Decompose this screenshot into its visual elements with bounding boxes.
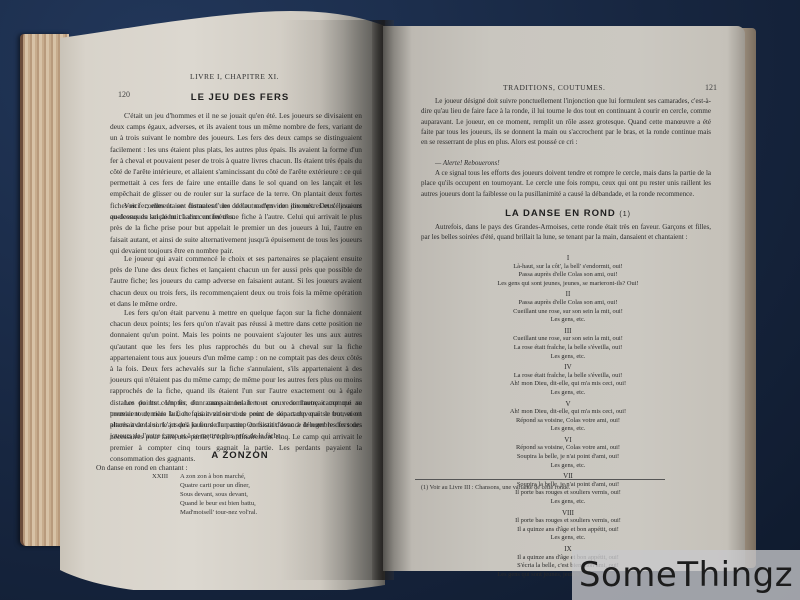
verse-refrain: Les gens, etc. [443, 353, 693, 362]
verse-refrain: Les gens, etc. [443, 462, 693, 471]
verse-line: Passa auprès d'elle Colas son ami, oui! [443, 299, 693, 308]
verse-line: Là-haut, sur la côt', la bell' s'endormi… [443, 263, 693, 272]
verse-line: Il porte bas rouges et souliers vernis, … [443, 517, 693, 526]
stanza-number: V [443, 400, 693, 409]
stanza-number: II [443, 290, 693, 299]
footnote: (1) Voir au Livre III : Chansons, une va… [421, 484, 701, 491]
stanza-number: VIII [443, 509, 693, 518]
zonzon-line: Quand le beur est bien battu, [180, 499, 320, 508]
left-running-head: Livre I, Chapitre XI. [190, 72, 279, 81]
right-paragraph-1: Le joueur désigné doit suivre ponctuelle… [421, 96, 711, 147]
verse-refrain: Les gens, etc. [443, 389, 693, 398]
verse-refrain: Les gens, etc. [443, 425, 693, 434]
danse-title: LA DANSE EN ROND (1) [493, 208, 643, 219]
stanza-number: IV [443, 363, 693, 372]
verse-line: La rose était fraîche, la belle s'éveill… [443, 372, 693, 381]
right-page-number: 121 [705, 83, 717, 92]
verse-line: Ah! mon Dieu, dit-elle, qui m'a mis ceci… [443, 408, 693, 417]
verse-line: Ah! mon Dieu, dit-elle, qui m'a mis ceci… [443, 380, 693, 389]
right-paragraph-2: A ce signal tous les efforts des joueurs… [421, 168, 711, 199]
stanza-number: VI [443, 436, 693, 445]
right-page: Traditions, coutumes. 121 Le joueur dési… [383, 26, 745, 571]
danse-verses: I Là-haut, sur la côt', la bell' s'endor… [443, 252, 693, 579]
verse-line: Cueillant une rose, sur son sein la mit,… [443, 308, 693, 317]
left-paragraph-2: Voici comment se formaient les deux camp… [110, 200, 362, 256]
zonzon-line: A zon zon à bon marché, [180, 472, 320, 481]
zonzon-line: Mad'moisell' tour-nez vol'ral. [180, 508, 320, 517]
left-paragraph-3: Le joueur qui avait commencé le choix et… [110, 253, 362, 309]
zonzon-verse: XXIII A zon zon à bon marché, Quatre car… [180, 472, 320, 517]
verse-line: Soupira la belle, je n'ai point d'ami, o… [443, 453, 693, 462]
verse-line: Répond sa voisine, Colas votre ami, oui! [443, 417, 693, 426]
verse-refrain: Les gens, etc. [443, 316, 693, 325]
verse-refrain: Les gens, etc. [443, 498, 693, 507]
danse-title-note: (1) [619, 211, 631, 218]
danse-title-text: LA DANSE EN ROND [505, 208, 616, 219]
right-exclamation: — Alerte! Rebouerons! [421, 158, 711, 168]
right-running-head: Traditions, coutumes. [503, 83, 605, 92]
verse-line: Passa auprès d'elle Colas son ami, oui! [443, 271, 693, 280]
stanza-number: III [443, 327, 693, 336]
zonzon-line: Sous devant, sous devant, [180, 490, 320, 499]
left-page: Livre I, Chapitre XI. 120 LE JEU DES FER… [60, 10, 385, 590]
zonzon-verse-number: XXIII [152, 472, 168, 481]
verse-refrain: Les gens qui sont jeunes, jeunes, se mar… [443, 280, 693, 289]
verse-refrain: Les gens, etc. [443, 534, 693, 543]
verse-line: Cueillant une rose, sur son sein la mit,… [443, 335, 693, 344]
left-page-number: 120 [118, 90, 130, 99]
watermark-logo: SomeThingz [572, 550, 800, 600]
zonzon-line: Quatre carti pour un dîner, [180, 481, 320, 490]
stanza-number: I [443, 254, 693, 263]
zonzon-title: A ZONZON [195, 450, 285, 461]
verse-line: La rose était fraîche, la belle s'éveill… [443, 344, 693, 353]
verse-line: Il a quinze ans d'âge et bon appétit, ou… [443, 526, 693, 535]
watermark-text: SomeThingz [579, 555, 793, 595]
footnote-rule [415, 479, 665, 480]
left-page-title: LE JEU DES FERS [170, 92, 310, 103]
danse-intro: Autrefois, dans le pays des Grandes-Armo… [421, 222, 711, 242]
verse-line: Répond sa voisine, Colas votre ami, oui! [443, 444, 693, 453]
